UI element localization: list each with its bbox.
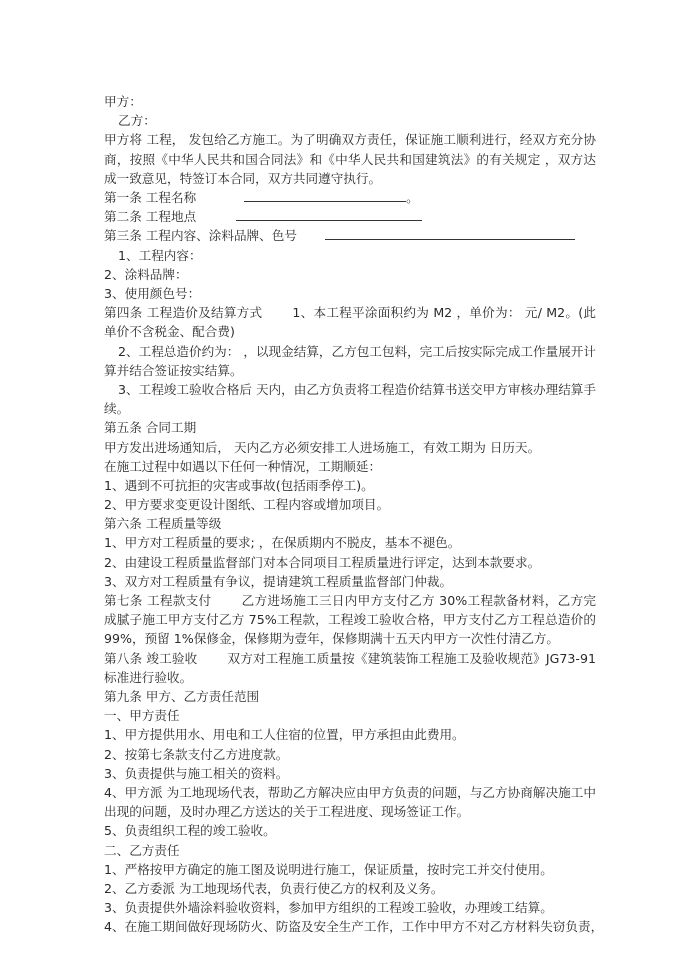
party-b-item-4: 4、在施工期间做好现场防火、防盗及安全生产工作，工作中甲方不对乙方材料失窃负责，: [104, 917, 596, 936]
project-name-blank: [244, 188, 406, 202]
article-2-title: 第二条 工程地点: [104, 209, 196, 224]
article-3-item-3: 3、使用颜色号：: [104, 284, 596, 303]
party-b-heading: 二、乙方责任: [104, 841, 596, 860]
party-a-item-5: 5、负责组织工程的竣工验收。: [104, 821, 596, 840]
party-a-item-1: 1、甲方提供用水、用电和工人住宿的位置，甲方承担由此费用。: [104, 725, 596, 744]
project-location-blank: [236, 207, 422, 221]
party-b-item-2: 2、乙方委派 为工地现场代表，负责行使乙方的权利及义务。: [104, 879, 596, 898]
article-1-title: 第一条 工程名称: [104, 190, 196, 205]
article-2: 第二条 工程地点: [104, 207, 596, 226]
party-a-item-2: 2、按第七条款支付乙方进度款。: [104, 745, 596, 764]
article-5-line-4: 2、甲方要求变更设计图纸、工程内容或增加项目。: [104, 495, 596, 514]
article-8: 第八条 竣工验收双方对工程施工质量按《建筑装饰工程施工及验收规范》JG73-91…: [104, 649, 596, 687]
article-3-item-1: 1、工程内容：: [104, 246, 596, 265]
article-4-item-1: 第四条 工程造价及结算方式1、本工程平涂面积约为 M2 ，单价为： 元/ M2。…: [104, 303, 596, 341]
article-7-title: 第七条 工程款支付: [104, 593, 211, 608]
article-4-item-2: 2、工程总造价约为： ，以现金结算，乙方包工包料，完工后按实际完成工作量展开计算…: [104, 342, 596, 380]
contract-document: 甲方： 乙方： 甲方将 工程， 发包给乙方施工。为了明确双方责任，保证施工顺利进…: [104, 92, 596, 937]
content-brand-color-blank: [325, 226, 575, 240]
article-5-line-3: 1、遇到不可抗拒的灾害或事故(包括雨季停工)。: [104, 476, 596, 495]
article-5-line-1: 甲方发出进场通知后， 天内乙方必须安排工人进场施工，有效工期为 日历天。: [104, 438, 596, 457]
article-3: 第三条 工程内容、涂料品牌、色号: [104, 226, 596, 245]
article-1-suffix: 。: [406, 190, 419, 205]
article-6-line-1: 1、甲方对工程质量的要求; ，在保质期内不脱皮，基本不褪色。: [104, 533, 596, 552]
intro-paragraph: 甲方将 工程， 发包给乙方施工。为了明确双方责任，保证施工顺利进行，经双方充分协…: [104, 130, 596, 188]
party-a-label: 甲方：: [104, 92, 596, 111]
party-a-item-3: 3、负责提供与施工相关的资料。: [104, 764, 596, 783]
party-b-label: 乙方：: [104, 111, 596, 130]
article-5-title: 第五条 合同工期: [104, 418, 596, 437]
article-1: 第一条 工程名称。: [104, 188, 596, 207]
article-6-title: 第六条 工程质量等级: [104, 514, 596, 533]
party-b-item-1: 1、严格按甲方确定的施工图及说明进行施工，保证质量，按时完工并交付使用。: [104, 860, 596, 879]
party-a-item-4: 4、甲方派 为工地现场代表，帮助乙方解决应由甲方负责的问题，与乙方协商解决施工中…: [104, 783, 596, 821]
article-5-line-2: 在施工过程中如遇以下任何一种情况，工期顺延：: [104, 457, 596, 476]
party-b-item-3: 3、负责提供外墙涂料验收资料，参加甲方组织的工程竣工验收，办理竣工结算。: [104, 898, 596, 917]
article-3-item-2: 2、涂料品牌：: [104, 265, 596, 284]
article-6-line-3: 3、双方对工程质量有争议，提请建筑工程质量监督部门仲裁。: [104, 572, 596, 591]
party-a-heading: 一、甲方责任: [104, 706, 596, 725]
article-4-title: 第四条 工程造价及结算方式: [104, 305, 262, 320]
article-6-line-2: 2、由建设工程质量监督部门对本合同项目工程质量进行评定，达到本款要求。: [104, 553, 596, 572]
article-7: 第七条 工程款支付乙方进场施工三日内甲方支付乙方 30%工程款备材料，乙方完成腻…: [104, 591, 596, 649]
article-4-item-3: 3、工程竣工验收合格后 天内，由乙方负责将工程造价结算书送交甲方审核办理结算手续…: [104, 380, 596, 418]
article-9-title: 第九条 甲方、乙方责任范围: [104, 687, 596, 706]
article-3-title: 第三条 工程内容、涂料品牌、色号: [104, 228, 297, 243]
article-8-title: 第八条 竣工验收: [104, 651, 197, 666]
